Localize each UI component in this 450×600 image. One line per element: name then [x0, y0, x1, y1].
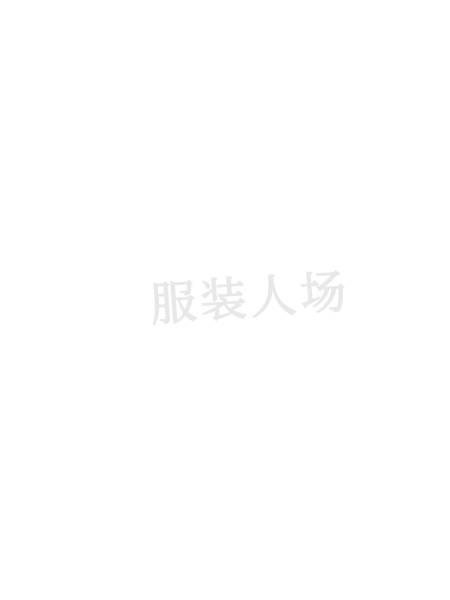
document-page — [0, 0, 450, 600]
